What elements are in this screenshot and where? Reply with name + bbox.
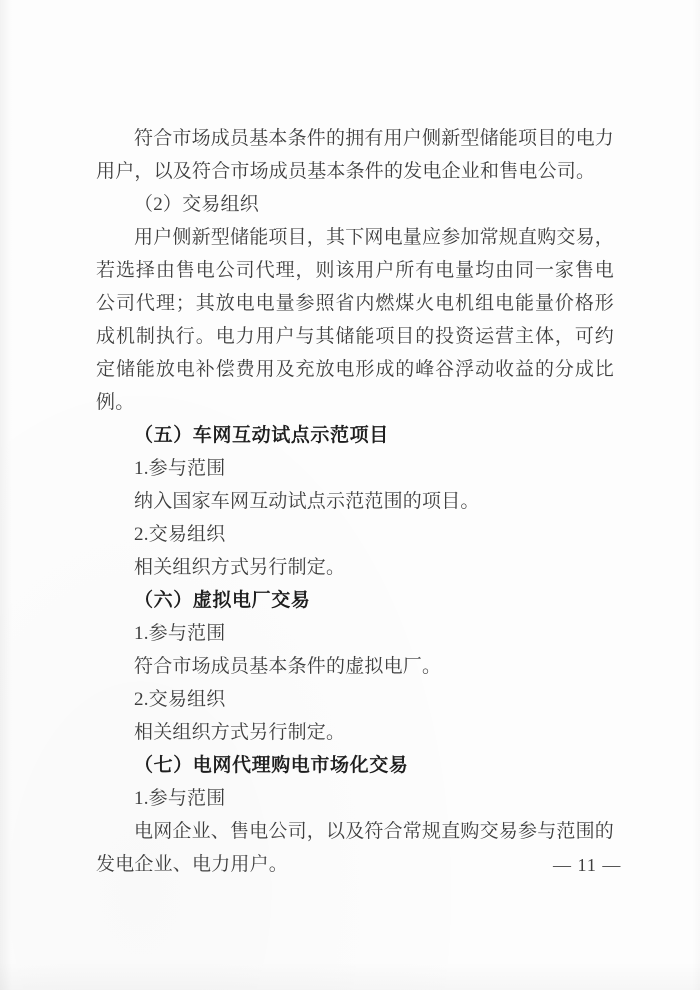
section-heading: （七）电网代理购电市场化交易 [96,749,614,782]
body-paragraph: 用户侧新型储能项目，其下网电量应参加常规直购交易，若选择由售电公司代理，则该用户… [96,221,614,419]
document-body: 符合市场成员基本条件的拥有用户侧新型储能项目的电力用户，以及符合市场成员基本条件… [96,122,614,881]
body-paragraph: 相关组织方式另行制定。 [96,551,614,584]
body-paragraph: 1.参与范围 [96,452,614,485]
body-paragraph: 符合市场成员基本条件的虚拟电厂。 [96,650,614,683]
body-paragraph: 纳入国家车网互动试点示范范围的项目。 [96,485,614,518]
section-heading: （五）车网互动试点示范项目 [96,419,614,452]
body-paragraph: 2.交易组织 [96,518,614,551]
body-paragraph: 2.交易组织 [96,683,614,716]
page-number: — 11 — [553,855,621,876]
body-paragraph: 符合市场成员基本条件的拥有用户侧新型储能项目的电力用户，以及符合市场成员基本条件… [96,122,614,188]
body-paragraph: （2）交易组织 [96,188,614,221]
document-page: { "document": { "paragraphs": [ { "type"… [0,0,700,990]
body-paragraph: 电网企业、售电公司，以及符合常规直购交易参与范围的发电企业、电力用户。 [96,815,614,881]
body-paragraph: 相关组织方式另行制定。 [96,716,614,749]
section-heading: （六）虚拟电厂交易 [96,584,614,617]
body-paragraph: 1.参与范围 [96,617,614,650]
body-paragraph: 1.参与范围 [96,782,614,815]
